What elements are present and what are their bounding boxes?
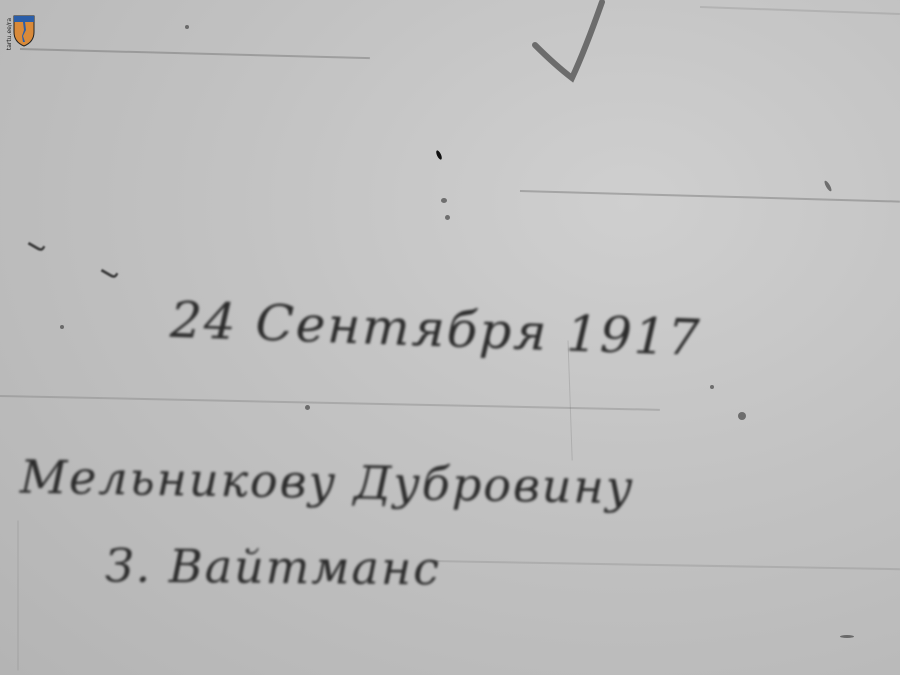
ruled-line (20, 48, 370, 59)
vertical-scratch (18, 521, 19, 671)
margin-mark: ι (17, 232, 52, 258)
ink-speck (738, 412, 746, 420)
ruled-line (700, 6, 900, 15)
ruled-line (430, 560, 900, 570)
ink-speck (60, 325, 64, 329)
date-line: 24 Сентября 1917 (169, 291, 702, 368)
ink-speck (840, 635, 854, 638)
ink-speck (441, 198, 447, 203)
ink-speck (710, 385, 714, 389)
check-mark-icon (530, 0, 620, 85)
signature-line-1: Мельникову Дубровину (20, 450, 635, 515)
ruled-line (0, 395, 660, 411)
archive-logo (10, 14, 38, 48)
document-page: tartu.ee/ra ι ι 24 Сентября 1917 Мельник… (0, 0, 900, 675)
ink-speck (305, 405, 310, 410)
watermark-label: tartu.ee/ra (6, 18, 13, 50)
coat-of-arms-shield-icon (10, 14, 38, 48)
ink-speck (823, 180, 832, 192)
ink-speck (185, 25, 189, 29)
ink-speck (445, 215, 450, 220)
ruled-line (520, 190, 900, 203)
signature-line-2: З. Вайтманс (105, 539, 441, 596)
ink-speck (435, 150, 443, 161)
margin-mark: ι (90, 259, 125, 285)
